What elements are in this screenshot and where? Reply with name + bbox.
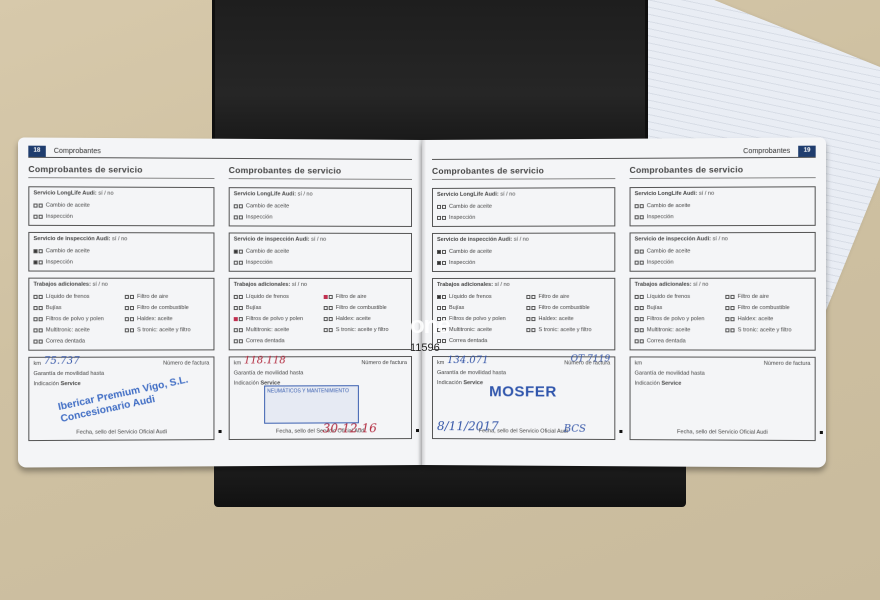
checklist-label: Inspección — [46, 259, 73, 265]
checkbox-yes[interactable] — [234, 215, 238, 219]
page-marker-dot — [219, 430, 222, 433]
service-column: Comprobantes de servicioServicio LongLif… — [229, 165, 412, 440]
checklist-label: Inspección — [647, 259, 674, 265]
checkbox-yes[interactable] — [324, 294, 328, 298]
checkbox-no[interactable] — [39, 306, 43, 310]
checklist-label: Inspección — [449, 214, 475, 220]
checkbox-no[interactable] — [640, 339, 644, 343]
box-title-choice: sí / no — [713, 236, 728, 242]
checklist-label: Bujías — [246, 305, 261, 311]
watermark-logo: one — [410, 312, 450, 340]
checkbox-no[interactable] — [39, 294, 43, 298]
checkbox-yes[interactable] — [125, 306, 129, 310]
box-title: Trabajos adicionales: sí / no — [234, 282, 407, 288]
checklist-label: Filtro de aire — [738, 293, 769, 299]
additional-work-grid: Líquido de frenosFiltro de aireBujíasFil… — [635, 291, 811, 347]
checkbox-no[interactable] — [640, 328, 644, 332]
box-title: Trabajos adicionales: sí / no — [33, 282, 209, 288]
checklist-item: Correa dentada — [234, 335, 318, 346]
box-title: Servicio de inspección Audi: sí / no — [635, 236, 811, 242]
indication: Indicación Service — [635, 381, 682, 391]
checkbox-yes[interactable] — [635, 328, 639, 332]
checklist-label: Haldex: aceite — [538, 316, 573, 322]
checkbox-yes[interactable] — [33, 339, 37, 343]
checkbox-no[interactable] — [531, 294, 535, 298]
invoice-label: Número de factura — [361, 360, 407, 370]
page-section-label: Comprobantes — [743, 148, 790, 155]
column-title: Comprobantes de servicio — [229, 165, 412, 180]
box-title: Servicio LongLife Audi: sí / no — [234, 191, 407, 198]
checkbox-no[interactable] — [239, 249, 243, 253]
checklist-item: Cambio de aceite — [234, 246, 407, 257]
checkbox-yes[interactable] — [33, 214, 37, 218]
checklist-label: Líquido de frenos — [246, 293, 289, 299]
handwritten-date: 8/11/2017 — [437, 419, 499, 433]
checklist-item: S tronic: aceite y filtro — [125, 324, 210, 335]
box-title-label: Servicio LongLife Audi: — [437, 192, 499, 198]
checklist-label: Multitronic: aceite — [449, 327, 492, 333]
checklist-item: Filtro de combustible — [526, 302, 610, 313]
checklist-item: Filtro de aire — [526, 291, 610, 302]
checklist-item: Inspección — [437, 211, 610, 223]
checklist-item: Filtro de combustible — [324, 302, 407, 313]
warranty-label: Garantía de movilidad hasta — [234, 370, 407, 381]
indication-value: Service — [61, 381, 81, 387]
checklist-item: Haldex: aceite — [125, 313, 210, 324]
box-title-choice: sí / no — [112, 236, 127, 242]
checkbox-yes[interactable] — [437, 204, 441, 208]
checklist-label: Filtros de polvo y polen — [449, 316, 506, 322]
longlife-service-box: Servicio LongLife Audi: sí / noCambio de… — [229, 187, 412, 227]
checkbox-no[interactable] — [442, 294, 446, 298]
checkbox-no[interactable] — [640, 306, 644, 310]
box-title: Servicio de inspección Audi: sí / no — [234, 237, 407, 243]
box-title-label: Servicio de inspección Audi: — [635, 236, 711, 242]
checklist-item: Haldex: aceite — [725, 313, 810, 324]
service-column: Comprobantes de servicioServicio LongLif… — [28, 164, 214, 441]
checklist-label: Correa dentada — [449, 338, 487, 344]
inspection-service-box: Servicio de inspección Audi: sí / noCamb… — [229, 232, 412, 272]
checkbox-yes[interactable] — [234, 294, 238, 298]
checklist-item: Líquido de frenos — [33, 291, 118, 302]
checkbox-yes[interactable] — [125, 294, 129, 298]
checklist-item: Cambio de aceite — [437, 200, 610, 212]
checklist-item: Filtro de aire — [725, 291, 810, 302]
checklist-item: Líquido de frenos — [635, 291, 720, 302]
checkbox-no[interactable] — [531, 317, 535, 321]
handwritten-km: 75.737 — [44, 356, 80, 367]
checklist-item: Filtros de polvo y polen — [234, 313, 318, 324]
page-section-label: Comprobantes — [54, 148, 101, 155]
service-receipt: kmNúmero de facturaGarantía de movilidad… — [432, 356, 615, 440]
checkbox-no[interactable] — [531, 328, 535, 332]
checkbox-no[interactable] — [329, 328, 333, 332]
checkbox-yes[interactable] — [437, 294, 441, 298]
checkbox-yes[interactable] — [125, 328, 129, 332]
watermark-code: 11596 — [410, 342, 440, 354]
column-title: Comprobantes de servicio — [28, 164, 214, 179]
checkbox-yes[interactable] — [437, 306, 441, 310]
handwritten-initials: BCS — [564, 424, 586, 435]
checkbox-no[interactable] — [640, 204, 644, 208]
checklist-item: Inspección — [234, 211, 407, 223]
checkbox-yes[interactable] — [324, 328, 328, 332]
checklist-label: Filtro de combustible — [137, 305, 189, 311]
checklist-label: Líquido de frenos — [647, 293, 690, 299]
indication-value: Service — [463, 380, 483, 386]
checklist-item: Líquido de frenos — [437, 291, 520, 302]
km-line: kmNúmero de factura — [635, 360, 811, 371]
box-title: Trabajos adicionales: sí / no — [437, 282, 610, 288]
checklist-label: Filtro de combustible — [538, 305, 589, 311]
checkbox-yes[interactable] — [526, 294, 530, 298]
box-title-label: Trabajos adicionales: — [33, 282, 90, 288]
checklist-item: Filtro de combustible — [125, 302, 210, 313]
checklist-item: Filtro de aire — [125, 291, 210, 302]
checkbox-yes[interactable] — [234, 339, 238, 343]
checklist-label: Filtro de combustible — [336, 305, 387, 311]
checklist-item: Líquido de frenos — [234, 291, 318, 302]
checkbox-yes[interactable] — [437, 215, 441, 219]
checklist-item: Cambio de aceite — [437, 246, 610, 257]
receipt-footer: Fecha, sello del Servicio Oficial Audi — [29, 429, 213, 436]
service-receipt: kmNúmero de facturaGarantía de movilidad… — [229, 356, 412, 440]
indication-label: Indicación — [234, 380, 259, 386]
box-title: Servicio LongLife Audi: sí / no — [33, 190, 209, 197]
warranty-label: Garantía de movilidad hasta — [635, 371, 811, 382]
checkbox-no[interactable] — [640, 215, 644, 219]
checkbox-no[interactable] — [39, 328, 43, 332]
checklist-label: Inspección — [46, 213, 73, 219]
checklist-item: Inspección — [234, 257, 407, 268]
checkbox-no[interactable] — [239, 317, 243, 321]
checklist-item: Inspección — [33, 211, 209, 223]
checkbox-no[interactable] — [640, 294, 644, 298]
box-title: Servicio LongLife Audi: sí / no — [635, 190, 811, 197]
checkbox-yes[interactable] — [437, 249, 441, 253]
checklist-label: Cambio de aceite — [46, 202, 90, 208]
checkbox-yes[interactable] — [33, 260, 37, 264]
checklist-item: Inspección — [437, 257, 610, 268]
checkbox-no[interactable] — [39, 339, 43, 343]
checklist-item: Cambio de aceite — [635, 199, 811, 211]
checklist-label: Correa dentada — [246, 338, 285, 344]
box-title-choice: sí / no — [500, 192, 515, 198]
checklist-label: Haldex: aceite — [336, 316, 371, 322]
checkbox-yes[interactable] — [234, 204, 238, 208]
checkbox-no[interactable] — [130, 294, 134, 298]
checkbox-yes[interactable] — [725, 317, 729, 321]
indication-line: Indicación Service — [635, 381, 811, 392]
checkbox-no[interactable] — [640, 249, 644, 253]
checklist-item: Multitronic: aceite — [234, 324, 318, 335]
checkbox-yes[interactable] — [234, 306, 238, 310]
service-column: Comprobantes de servicioServicio LongLif… — [432, 165, 615, 440]
checkbox-yes[interactable] — [234, 260, 238, 264]
box-title-label: Trabajos adicionales: — [437, 282, 493, 288]
service-receipt: kmNúmero de facturaGarantía de movilidad… — [630, 356, 816, 441]
checkbox-no[interactable] — [730, 306, 734, 310]
km-label: km — [33, 361, 41, 371]
service-receipt: kmNúmero de facturaGarantía de movilidad… — [28, 356, 214, 441]
handwritten-km: 118.118 — [244, 355, 286, 366]
checkbox-no[interactable] — [640, 260, 644, 264]
checkbox-no[interactable] — [442, 306, 446, 310]
checkbox-no[interactable] — [730, 317, 734, 321]
longlife-service-box: Servicio LongLife Audi: sí / noCambio de… — [28, 186, 214, 226]
km-label: km — [234, 360, 241, 370]
checklist-label: Inspección — [246, 214, 273, 220]
box-title-label: Servicio LongLife Audi: — [234, 191, 296, 197]
checklist-label: Bujías — [647, 305, 663, 311]
checklist-item: Multitronic: aceite — [33, 324, 118, 335]
checklist-item: Filtros de polvo y polen — [33, 313, 118, 324]
checklist-label: Cambio de aceite — [449, 203, 492, 209]
checklist-label: Cambio de aceite — [647, 202, 691, 208]
checkbox-no[interactable] — [239, 260, 243, 264]
column-title: Comprobantes de servicio — [630, 164, 816, 179]
checklist-item: Cambio de aceite — [33, 245, 209, 256]
checklist-label: Haldex: aceite — [137, 316, 173, 322]
checklist-item: Filtros de polvo y polen — [635, 313, 720, 324]
checklist-label: Filtros de polvo y polen — [647, 316, 705, 322]
checkbox-no[interactable] — [239, 328, 243, 332]
additional-work-box: Trabajos adicionales: sí / noLíquido de … — [28, 278, 214, 351]
box-title-label: Servicio LongLife Audi: — [635, 191, 698, 197]
additional-work-box: Trabajos adicionales: sí / noLíquido de … — [630, 278, 816, 351]
indication: Indicación Service — [437, 380, 483, 390]
workshop-stamp: NEUMÁTICOS Y MANTENIMIENTO — [264, 385, 359, 424]
checkbox-no[interactable] — [442, 215, 446, 219]
page-header: Comprobantes19 — [432, 146, 816, 160]
checklist-label: Filtro de combustible — [738, 305, 790, 311]
receipt-columns: Comprobantes de servicioServicio LongLif… — [28, 164, 412, 441]
checklist-label: Inspección — [246, 259, 273, 265]
checkbox-yes[interactable] — [324, 306, 328, 310]
checkbox-no[interactable] — [39, 214, 43, 218]
checkbox-no[interactable] — [39, 203, 43, 207]
additional-work-grid: Líquido de frenosFiltro de aireBujíasFil… — [234, 291, 407, 346]
checkbox-yes[interactable] — [33, 328, 37, 332]
checklist-label: Correa dentada — [647, 338, 686, 344]
checkbox-no[interactable] — [130, 317, 134, 321]
checkbox-no[interactable] — [329, 306, 333, 310]
box-title-label: Servicio de inspección Audi: — [234, 237, 310, 243]
checkbox-no[interactable] — [442, 260, 446, 264]
checkbox-yes[interactable] — [33, 203, 37, 207]
checkbox-no[interactable] — [442, 204, 446, 208]
checkbox-no[interactable] — [329, 294, 333, 298]
checkbox-yes[interactable] — [635, 317, 639, 321]
checklist-item: Correa dentada — [33, 335, 118, 346]
box-title-choice: sí / no — [495, 282, 510, 288]
checkbox-no[interactable] — [730, 328, 734, 332]
handwritten-km: 134.071 — [447, 355, 488, 366]
receipt-columns: Comprobantes de servicioServicio LongLif… — [432, 164, 816, 441]
checkbox-no[interactable] — [730, 294, 734, 298]
checkbox-yes[interactable] — [33, 249, 37, 253]
box-title-choice: sí / no — [311, 237, 326, 243]
box-title: Trabajos adicionales: sí / no — [635, 282, 811, 288]
checkbox-yes[interactable] — [33, 317, 37, 321]
checkbox-no[interactable] — [329, 317, 333, 321]
checkbox-yes[interactable] — [437, 260, 441, 264]
page-marker-dot — [619, 430, 622, 433]
longlife-service-box: Servicio LongLife Audi: sí / noCambio de… — [432, 187, 615, 227]
checklist-item: Multitronic: aceite — [635, 324, 720, 335]
indication-value: Service — [661, 381, 681, 387]
checklist-label: Filtro de aire — [336, 293, 367, 299]
checklist-item: S tronic: aceite y filtro — [725, 324, 810, 335]
page-header: 18Comprobantes — [28, 146, 412, 160]
checklist-item: S tronic: aceite y filtro — [324, 324, 407, 335]
page-number: 18 — [28, 146, 45, 157]
checklist-label: Bujías — [449, 305, 464, 311]
box-title-choice: sí / no — [98, 191, 113, 197]
checklist-item: Filtro de combustible — [725, 302, 810, 313]
checklist-label: Multitronic: aceite — [647, 327, 691, 333]
box-title-label: Servicio LongLife Audi: — [33, 190, 96, 196]
checkbox-yes[interactable] — [526, 306, 530, 310]
checkbox-yes[interactable] — [234, 317, 238, 321]
checkbox-no[interactable] — [239, 204, 243, 208]
checklist-label: S tronic: aceite y filtro — [336, 327, 389, 333]
checkbox-no[interactable] — [531, 306, 535, 310]
checklist-item: Cambio de aceite — [635, 245, 811, 256]
checkbox-yes[interactable] — [125, 317, 129, 321]
checklist-item: Inspección — [635, 256, 811, 267]
checklist-item: Filtro de aire — [324, 291, 407, 302]
service-column: Comprobantes de servicioServicio LongLif… — [630, 164, 816, 441]
checklist-item: S tronic: aceite y filtro — [526, 324, 610, 335]
checkbox-no[interactable] — [239, 215, 243, 219]
longlife-service-box: Servicio LongLife Audi: sí / noCambio de… — [630, 186, 816, 226]
checkbox-no[interactable] — [39, 260, 43, 264]
invoice-label: Número de factura — [764, 361, 811, 371]
checkbox-no[interactable] — [39, 249, 43, 253]
box-title-choice: sí / no — [514, 237, 529, 243]
page-number: 19 — [799, 146, 816, 157]
service-booklet: 18ComprobantesComprobantes de servicioSe… — [24, 140, 820, 465]
checkbox-no[interactable] — [130, 328, 134, 332]
checklist-label: Cambio de aceite — [246, 248, 289, 254]
checklist-label: Filtros de polvo y polen — [246, 316, 303, 322]
checklist-item: Cambio de aceite — [33, 199, 209, 211]
column-title: Comprobantes de servicio — [432, 165, 615, 180]
checkbox-yes[interactable] — [526, 317, 530, 321]
checkbox-yes[interactable] — [635, 215, 639, 219]
checkbox-yes[interactable] — [635, 260, 639, 264]
right-page: Comprobantes19Comprobantes de servicioSe… — [422, 137, 826, 467]
checkbox-yes[interactable] — [526, 328, 530, 332]
checklist-item: Haldex: aceite — [324, 313, 407, 324]
receipt-footer: Fecha, sello del Servicio Oficial Audi — [631, 429, 815, 436]
box-title-label: Servicio de inspección Audi: — [437, 237, 512, 243]
indication-label: Indicación — [33, 381, 58, 387]
checklist-item: Bujías — [234, 302, 318, 313]
inspection-service-box: Servicio de inspección Audi: sí / noCamb… — [432, 232, 615, 272]
box-title-choice: sí / no — [693, 282, 708, 288]
checkbox-yes[interactable] — [635, 249, 639, 253]
checkbox-yes[interactable] — [725, 328, 729, 332]
checklist-label: S tronic: aceite y filtro — [137, 327, 191, 333]
checklist-label: Cambio de aceite — [46, 248, 90, 254]
inspection-service-box: Servicio de inspección Audi: sí / noCamb… — [630, 232, 816, 272]
warranty-label: Garantía de movilidad hasta — [437, 370, 610, 381]
workshop-stamp: MOSFER — [489, 383, 557, 400]
checkbox-yes[interactable] — [324, 317, 328, 321]
box-title: Servicio LongLife Audi: sí / no — [437, 191, 610, 198]
additional-work-grid: Líquido de frenosFiltro de aireBujíasFil… — [33, 291, 209, 347]
km-label: km — [635, 360, 642, 370]
checklist-label: Líquido de frenos — [449, 293, 492, 299]
page-marker-dot — [820, 431, 823, 434]
checklist-label: Multitronic: aceite — [246, 327, 289, 333]
checkbox-no[interactable] — [239, 339, 243, 343]
checklist-item: Bujías — [635, 302, 720, 313]
checkbox-no[interactable] — [239, 294, 243, 298]
checkbox-yes[interactable] — [725, 294, 729, 298]
checklist-label: Filtro de aire — [538, 293, 569, 299]
checkbox-yes[interactable] — [234, 249, 238, 253]
handwritten-date: 30-12-16 — [323, 421, 377, 435]
box-title-choice: sí / no — [93, 282, 108, 288]
checkbox-no[interactable] — [640, 317, 644, 321]
indication: Indicación Service — [33, 381, 80, 391]
box-title-label: Trabajos adicionales: — [234, 282, 291, 288]
checkbox-yes[interactable] — [33, 294, 37, 298]
checkbox-yes[interactable] — [635, 294, 639, 298]
checklist-label: Correa dentada — [46, 338, 85, 344]
checkbox-yes[interactable] — [33, 306, 37, 310]
checklist-label: Líquido de frenos — [46, 293, 90, 299]
checkbox-yes[interactable] — [635, 339, 639, 343]
black-folder — [212, 0, 648, 158]
checkbox-no[interactable] — [130, 306, 134, 310]
checkbox-yes[interactable] — [635, 204, 639, 208]
indication-label: Indicación — [635, 381, 660, 387]
checkbox-yes[interactable] — [725, 306, 729, 310]
checkbox-yes[interactable] — [234, 328, 238, 332]
handwritten-invoice: OT 7119 — [571, 354, 611, 364]
checkbox-yes[interactable] — [635, 306, 639, 310]
checkbox-no[interactable] — [442, 249, 446, 253]
box-title-choice: sí / no — [292, 282, 307, 288]
box-title: Servicio de inspección Audi: sí / no — [437, 237, 610, 243]
checklist-item: Haldex: aceite — [526, 313, 610, 324]
checklist-item: Cambio de aceite — [234, 200, 407, 212]
checklist-label: Cambio de aceite — [246, 203, 289, 209]
box-title-choice: sí / no — [298, 191, 313, 197]
checklist-label: Inspección — [449, 259, 475, 265]
checklist-label: Cambio de aceite — [647, 248, 691, 254]
km-label: km — [437, 360, 444, 370]
checkbox-no[interactable] — [239, 306, 243, 310]
checklist-label: Multitronic: aceite — [46, 327, 90, 333]
indication-label: Indicación — [437, 380, 462, 386]
receipt-footer: Fecha, sello del Servicio Oficial Audi — [230, 428, 411, 435]
additional-work-grid: Líquido de frenosFiltro de aireBujíasFil… — [437, 291, 610, 346]
checklist-item: Bujías — [33, 302, 118, 313]
checklist-item: Inspección — [635, 211, 811, 223]
checkbox-no[interactable] — [39, 317, 43, 321]
inspection-service-box: Servicio de inspección Audi: sí / noCamb… — [28, 232, 214, 272]
checklist-label: S tronic: aceite y filtro — [738, 327, 792, 333]
invoice-label: Número de factura — [163, 360, 209, 370]
checklist-label: Haldex: aceite — [738, 316, 774, 322]
additional-work-box: Trabajos adicionales: sí / noLíquido de … — [229, 278, 412, 351]
checklist-label: Bujías — [46, 305, 62, 311]
